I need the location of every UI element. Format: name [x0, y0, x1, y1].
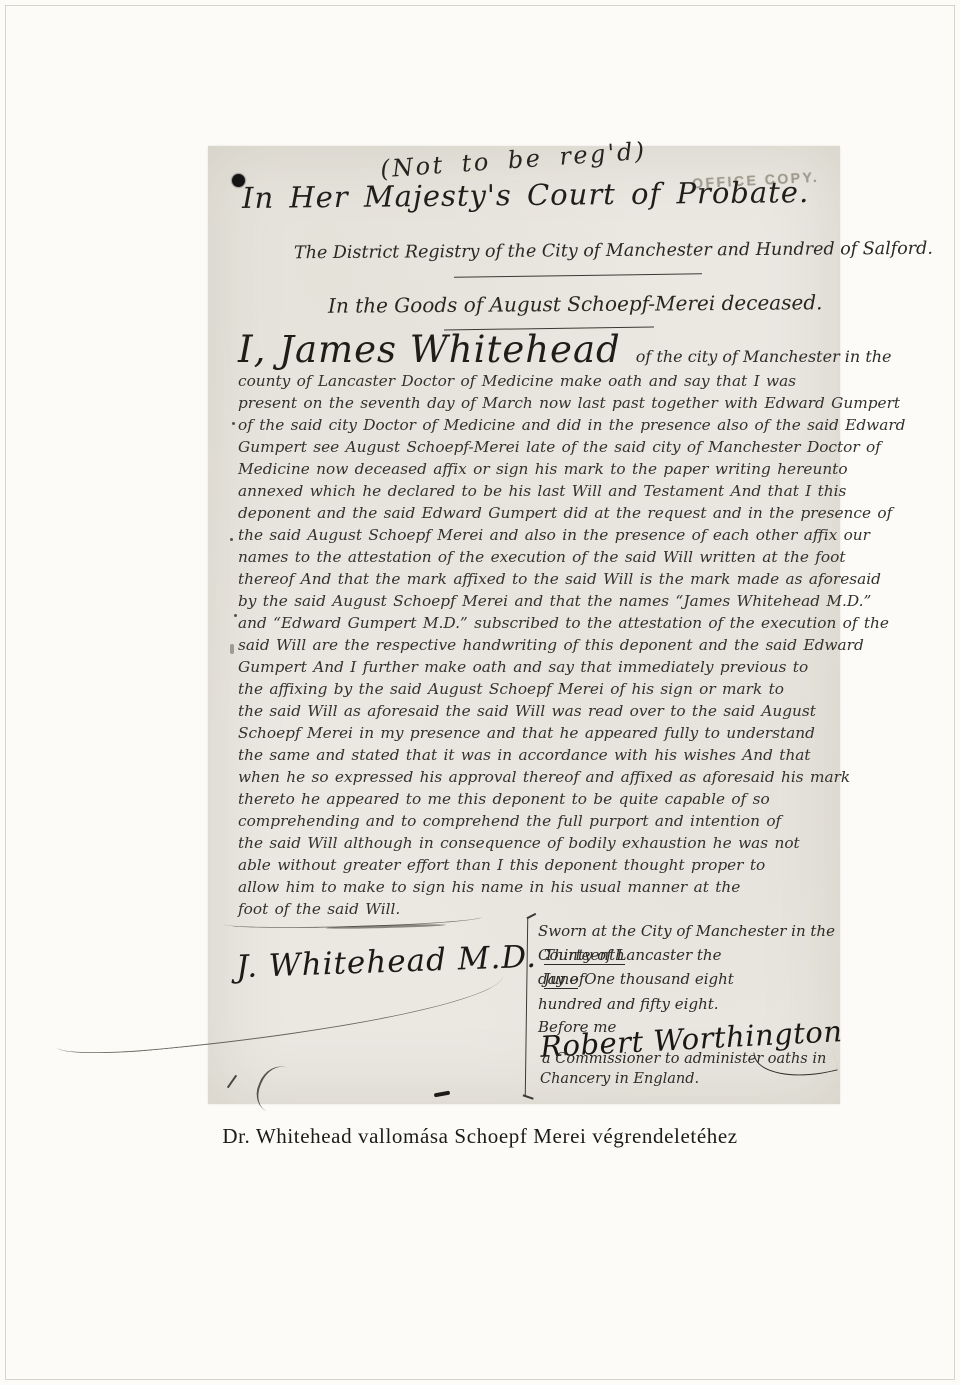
- jurat-line-3-suffix: One thousand eight: [584, 970, 734, 988]
- jurat-day-word: Thirteenth: [544, 946, 625, 965]
- margin-mark: [230, 644, 234, 654]
- body-line: county of Lancaster Doctor of Medicine m…: [238, 372, 830, 394]
- body-line: the affixing by the said August Schoepf …: [238, 680, 830, 702]
- body-line: when he so expressed his approval thereo…: [238, 768, 830, 790]
- body-line: present on the seventh day of March now …: [238, 394, 830, 416]
- registry-line: The District Registry of the City of Man…: [294, 239, 933, 263]
- ink-dash-mark: [434, 1091, 450, 1098]
- body-line: names to the attestation of the executio…: [238, 548, 830, 570]
- jurat-line-1: Sworn at the City of Manchester in the: [538, 922, 838, 940]
- jurat-month-word: June: [544, 970, 578, 989]
- body-line: the said Will as aforesaid the said Will…: [238, 702, 830, 724]
- body-line: Gumpert And I further make oath and say …: [238, 658, 830, 680]
- body-line: by the said August Schoepf Merei and tha…: [238, 592, 830, 614]
- deponent-name: I, James Whitehead: [238, 328, 621, 371]
- commissioner-title-line2: Chancery in England.: [540, 1071, 699, 1087]
- opening-line: I, James Whitehead of the city of Manche…: [238, 328, 830, 372]
- body-line: the said Will although in consequence of…: [238, 834, 830, 856]
- margin-dot: [232, 422, 235, 425]
- opening-rest: of the city of Manchester in the: [636, 347, 892, 366]
- body-line: deponent and the said Edward Gumpert did…: [238, 504, 830, 526]
- jurat-line-2: County of Lancaster theThirteenth: [538, 946, 838, 965]
- body-line: allow him to make to sign his name in hi…: [238, 878, 830, 900]
- body-line: thereto he appeared to me this deponent …: [238, 790, 830, 812]
- body-line: comprehending and to comprehend the full…: [238, 812, 830, 834]
- registry-underline: [454, 273, 702, 277]
- body-line: Gumpert see August Schoepf-Merei late of…: [238, 438, 830, 460]
- body-line: the said August Schoepf Merei and also i…: [238, 526, 830, 548]
- body-line: and “Edward Gumpert M.D.” subscribed to …: [238, 614, 830, 636]
- printed-caption: Dr. Whitehead vallomása Schoepf Merei vé…: [0, 1124, 960, 1149]
- commissioner-title-line1: a Commissioner to administer oaths in: [542, 1051, 826, 1067]
- jurat-line-4: hundred and fifty eight.: [538, 995, 838, 1013]
- body-line: Schoepf Merei in my presence and that he…: [238, 724, 830, 746]
- body-line: annexed which he declared to be his last…: [238, 482, 830, 504]
- margin-dot: [234, 614, 237, 617]
- goods-line: In the Goods of August Schoepf-Merei dec…: [328, 290, 823, 317]
- body-line: able without greater effort than I this …: [238, 856, 830, 878]
- body-line: the same and stated that it was in accor…: [238, 746, 830, 768]
- affidavit-body: I, James Whitehead of the city of Manche…: [238, 328, 830, 922]
- margin-dot: [230, 538, 233, 541]
- court-title: In Her Majesty's Court of Probate.: [242, 175, 810, 215]
- body-line: Medicine now deceased affix or sign his …: [238, 460, 830, 482]
- jurat-line-3: day ofJuneOne thousand eight: [538, 970, 838, 989]
- document-photograph: (Not to be reg'd) OFFICE COPY. In Her Ma…: [208, 146, 840, 1104]
- body-line: of the said city Doctor of Medicine and …: [238, 416, 830, 438]
- body-line: said Will are the respective handwriting…: [238, 636, 830, 658]
- body-line: thereof And that the mark affixed to the…: [238, 570, 830, 592]
